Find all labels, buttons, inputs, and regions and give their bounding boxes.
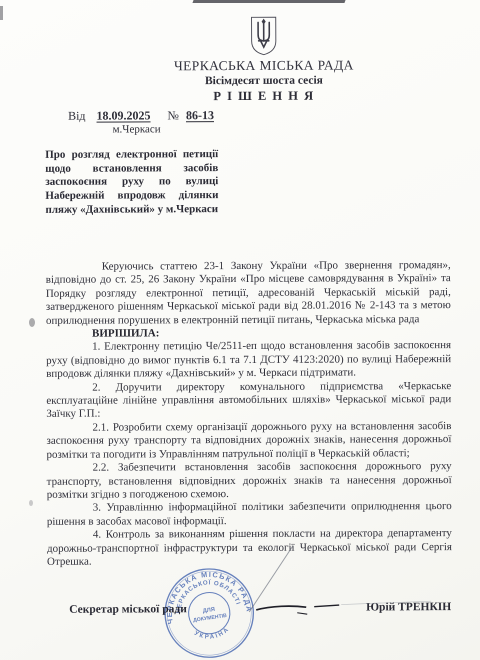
org-name: ЧЕРКАСЬКА МІСЬКА РАДА — [49, 57, 479, 75]
document-content: ЧЕРКАСЬКА МІСЬКА РАДА Вісімдесят шоста с… — [0, 0, 480, 660]
resolution-item: 3. Управлінню інформаційної політики заб… — [47, 500, 452, 529]
signature-stroke — [314, 605, 339, 607]
stamp-center-line1: ДЛЯ — [202, 607, 215, 615]
date-value: 18.09.2025 — [96, 108, 150, 122]
trident-coat-of-arms-icon — [250, 16, 278, 56]
official-round-stamp: ЧЕРКАСЬКА МІСЬКА РАДА ЧЕРКАСЬКОЇ ОБЛАСТІ… — [162, 566, 256, 660]
secretary-name: Юрій ТРЕНКІН — [366, 601, 451, 613]
resolution-body: Керуючись статтею 23-1 Закону України «П… — [46, 259, 452, 569]
stamp-center-line2: ДОКУМЕНТІВ — [193, 613, 228, 624]
date-label: Від — [68, 109, 86, 123]
stamp-bottom-text: УКРАЇНА — [192, 625, 232, 643]
city-line: м.Черкаси — [94, 123, 179, 135]
session-line: Вісімдесят шоста сесія — [49, 74, 479, 88]
resolution-item: 2.1. Розробити схему організації дорожнь… — [46, 420, 451, 462]
resolution-item: 4. Контроль за виконанням рішення поклас… — [47, 527, 452, 569]
resolution-item: 2. Доручити директору комунального підпр… — [46, 380, 451, 422]
doc-type-heading: Р І Ш Е Н Н Я — [49, 88, 479, 105]
number-label: № — [167, 108, 179, 122]
resolution-item: 2.2. Забезпечити встановлення засобів за… — [47, 460, 452, 502]
subject-block: Про розгляд електронної петиції щодо вст… — [45, 148, 218, 217]
signature-stroke — [297, 613, 307, 615]
preamble-paragraph: Керуючись статтею 23-1 Закону України «П… — [46, 259, 451, 328]
signature-stroke — [256, 606, 306, 610]
letterhead: ЧЕРКАСЬКА МІСЬКА РАДА Вісімдесят шоста с… — [49, 15, 479, 105]
scanned-document-page: ЧЕРКАСЬКА МІСЬКА РАДА Вісімдесят шоста с… — [0, 0, 480, 660]
resolution-item: 1. Електронну петицію Че/2511-еп щодо вс… — [46, 340, 451, 382]
doc-number: 86-13 — [186, 108, 214, 122]
date-number-line: Від 18.09.2025 № 86-13 — [68, 108, 214, 124]
